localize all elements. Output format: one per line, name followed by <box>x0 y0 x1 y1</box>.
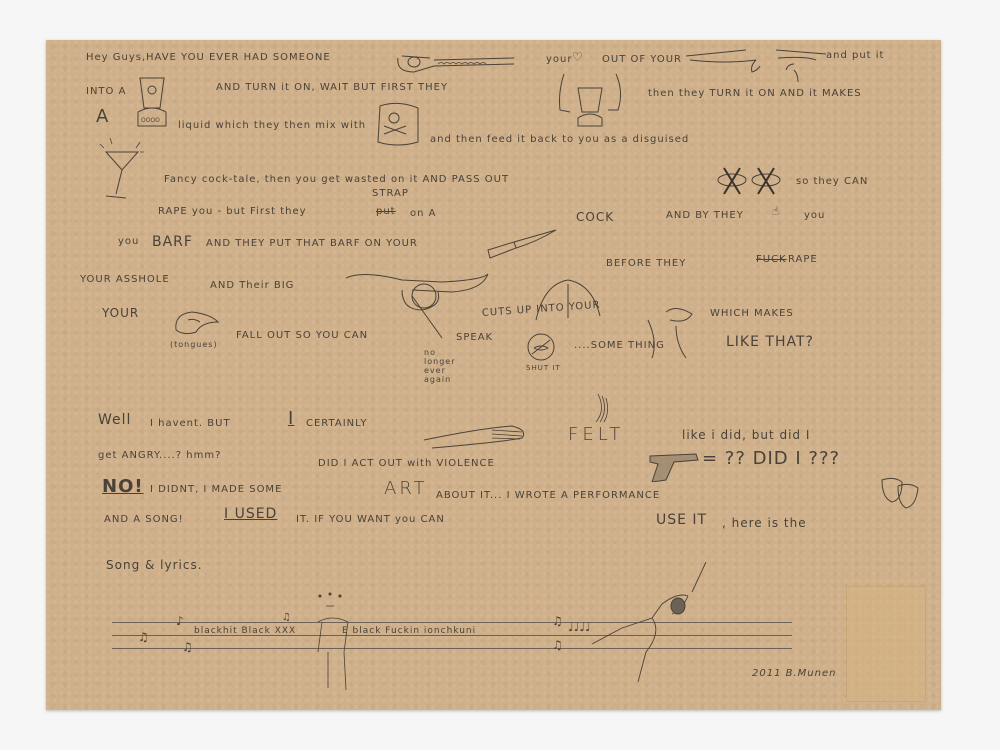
text-line: you <box>804 210 825 221</box>
text-line: OUT OF YOUR <box>602 54 682 65</box>
text-line: like i did, but did I <box>682 428 810 442</box>
music-note-icon: ♫ <box>552 638 564 652</box>
tongue-icon <box>172 308 222 338</box>
text-line: FALL OUT SO YOU CAN <box>236 330 368 341</box>
text-line: ....SOME THING <box>574 340 665 351</box>
text-line: DID I ACT OUT with VIOLENCE <box>318 458 495 469</box>
text-line: AND TURN it ON, WAIT BUT FIRST THEY <box>216 82 448 93</box>
text-line: I havent. BUT <box>150 418 231 429</box>
emphasis-word: NO! <box>102 476 144 497</box>
throat-icon <box>646 302 706 362</box>
dancing-figure-icon <box>582 562 712 690</box>
text-line: your <box>546 54 573 65</box>
shut-it-icon <box>524 332 558 366</box>
emphasis-letter: I <box>288 408 294 429</box>
lyrics-text: E black Fuckin ionchkuni <box>342 626 476 636</box>
text-line: AND Their BIG <box>210 280 294 291</box>
text-line: I DIDNT, I MADE SOME <box>150 484 282 495</box>
arm-icon <box>422 422 532 452</box>
text-line: AND THEY PUT THAT BARF ON YOUR <box>206 238 418 249</box>
text-line: so they CAN <box>796 176 868 187</box>
text-line: A <box>96 106 109 127</box>
text-line: AND A SONG! <box>104 514 184 525</box>
poison-jar-icon <box>374 102 424 148</box>
text-line: YOUR <box>102 306 139 320</box>
text-line: Fancy cock-tale, then you get wasted on … <box>164 174 509 185</box>
text-line: IT. IF YOU WANT you CAN <box>296 514 445 525</box>
knife-icon <box>486 226 566 262</box>
inserted-phrase: no longer ever again <box>424 348 460 384</box>
text-line: = ?? DID I ??? <box>702 448 840 469</box>
lyrics-text: blackhit Black XXX <box>194 626 296 636</box>
text-line: SPEAK <box>456 332 493 343</box>
hands-icon <box>686 46 836 86</box>
emphasis-word: FELT <box>568 424 624 445</box>
text-line: you <box>118 236 139 247</box>
text-line: Song & lyrics. <box>106 558 203 572</box>
text-line: ABOUT IT... I WROTE A PERFORMANCE <box>436 490 660 501</box>
text-line: AND BY THEY <box>666 210 744 221</box>
legs-icon <box>556 72 626 132</box>
blender-icon: OOOO <box>134 74 174 134</box>
music-note-icon: ♫ <box>552 614 564 628</box>
middle-finger-icon: ☝ <box>772 204 780 218</box>
text-line: Well <box>98 412 131 428</box>
music-note-icon: ♫ <box>138 630 150 644</box>
inserted-word: STRAP <box>372 188 409 199</box>
signature: 2011 B.Munen <box>752 668 836 679</box>
emphasis-word: ART <box>384 478 428 499</box>
caption: (tongues) <box>170 340 218 349</box>
text-line: on A <box>410 208 436 219</box>
heart-icon: ♡ <box>572 50 584 64</box>
text-line: COCK <box>576 210 614 224</box>
struck-word: FUCK <box>756 254 787 265</box>
crossed-eyes-icon <box>716 166 786 196</box>
hair-stroke-icon <box>594 392 614 426</box>
text-line: RAPE you - but First they <box>158 206 307 217</box>
text-line: , here is the <box>722 516 807 530</box>
cocktail-icon <box>98 138 148 202</box>
emphasis-word: I USED <box>224 506 277 522</box>
text-line: INTO A <box>86 86 126 97</box>
emphasis-word: BARF <box>152 234 193 250</box>
icon-caption: SHUT IT <box>526 364 561 372</box>
text-line: BEFORE THEY <box>606 258 686 269</box>
buttocks-icon <box>534 274 604 324</box>
music-note-icon: ♫ <box>282 612 292 623</box>
music-note-icon: ♪ <box>176 614 185 628</box>
svg-text:OOOO: OOOO <box>141 117 160 124</box>
text-line: liquid which they then mix with <box>178 120 366 131</box>
struck-word: put <box>376 206 396 217</box>
text-line: and then feed it back to you as a disgui… <box>430 134 689 145</box>
text-line: YOUR ASSHOLE <box>80 274 170 285</box>
tape-patch <box>846 586 926 702</box>
paper-sheet: Hey Guys, HAVE YOU EVER HAD SOMEONE your… <box>46 40 941 710</box>
text-line: get ANGRY....? hmm? <box>98 450 221 461</box>
theatre-masks-icon <box>880 476 920 510</box>
text-line: CERTAINLY <box>306 418 367 429</box>
gun-icon <box>646 452 706 482</box>
greeting: Hey Guys, <box>86 52 146 63</box>
replacement-word: RAPE <box>788 254 818 265</box>
text-line: WHICH MAKES <box>710 308 794 319</box>
text-line: LIKE THAT? <box>726 334 814 350</box>
saw-icon <box>394 50 519 78</box>
text-line: HAVE YOU EVER HAD SOMEONE <box>146 52 331 63</box>
music-note-icon: ♫ <box>182 640 194 654</box>
emphasis-word: USE IT <box>656 512 707 528</box>
headless-figure-icon <box>308 592 358 692</box>
text-line: then they TURN it ON AND it MAKES <box>648 88 862 99</box>
text-line: and put it <box>826 50 884 61</box>
